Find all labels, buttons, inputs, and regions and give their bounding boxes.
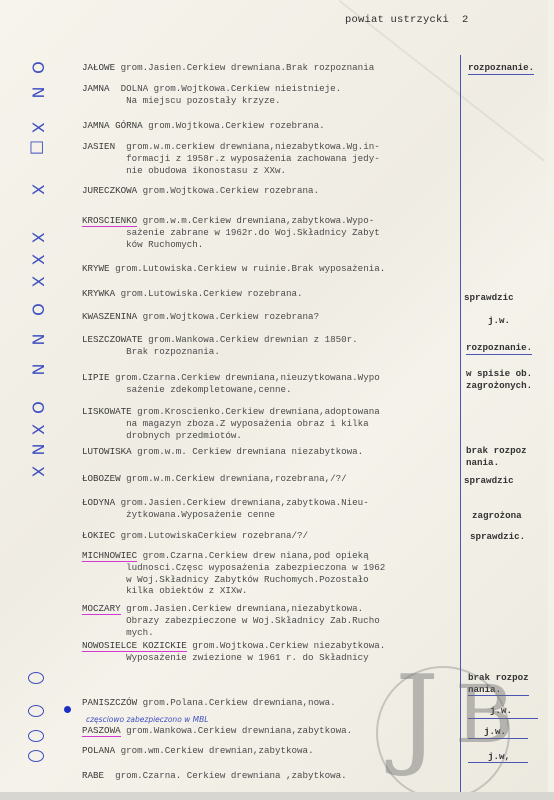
entry-text: grom.Czarna. Cerkiew drewniana ,zabytkow…: [104, 770, 347, 781]
margin-mark: X: [29, 272, 48, 292]
entry-row: MICHNOWIEC grom.Czarna.Cerkiew drew nian…: [82, 550, 385, 597]
margin-mark: N: [29, 330, 48, 350]
entry-row: KWASZENINA grom.Wojtkowa.Cerkiew rozebra…: [82, 311, 319, 323]
entry-row: RABE grom.Czarna. Cerkiew drewniana ,zab…: [82, 770, 347, 782]
village-name: RABE: [82, 770, 104, 781]
entry-text: grom.Lutowiska.Cerkiew rozebrana.: [115, 288, 302, 299]
entry-row: KRYWE grom.Lutowiska.Cerkiew w ruinie.Br…: [82, 263, 385, 275]
margin-mark: X: [29, 228, 48, 248]
entry-row: ŁODYNA grom.Jasien.Cerkiew drewniana,zab…: [82, 497, 369, 521]
village-name: PASZOWA: [82, 725, 121, 737]
entry-row: MOCZARY grom.Jasien.Cerkiew drewniana,ni…: [82, 603, 380, 638]
entry-text: grom.Wojtkowa.Cerkiew rozebrana?: [137, 311, 319, 322]
village-name: NOWOSIELCE KOZICKIE: [82, 640, 187, 652]
entry-row: KROSCIENKO grom.w.m.Cerkiew drewniana,za…: [82, 215, 380, 250]
entry-row: NOWOSIELCE KOZICKIE grom.Wojtkowa.Cerkie…: [82, 640, 385, 664]
margin-circle: [28, 730, 44, 742]
margin-mark: X: [29, 420, 48, 440]
margin-circle: [28, 672, 44, 684]
village-name: ŁOBOZEW: [82, 473, 121, 484]
status-note: w spisie ob. zagrożonych.: [466, 368, 532, 391]
entry-text: grom.Jasien.Cerkiew drewniana,niezabytko…: [82, 603, 380, 638]
status-note: sprawdzic.: [470, 531, 525, 543]
entry-text: grom.w.m.cerkiew drewniana,niezabytkowa.…: [82, 141, 380, 176]
status-note: rozpoznanie.: [468, 62, 534, 75]
entry-text: grom.LutowiskaCerkiew rozebrana/?/: [115, 530, 308, 541]
village-name: LESZCZOWATE: [82, 334, 143, 345]
entry-text: grom.Czarna.Cerkiew drewniana,nieuzytkow…: [82, 372, 380, 395]
village-name: MOCZARY: [82, 603, 121, 615]
stamp-letter-b: B: [455, 675, 514, 755]
status-note: zagrożona: [472, 510, 522, 522]
margin-circle: [28, 705, 44, 717]
entry-row: LIPIE grom.Czarna.Cerkiew drewniana,nieu…: [82, 372, 380, 396]
entry-row: JASIEN grom.w.m.cerkiew drewniana,niezab…: [82, 141, 380, 176]
entry-row: JURECZKOWA grom.Wojtkowa.Cerkiew rozebra…: [82, 185, 319, 197]
margin-mark: □: [29, 138, 48, 158]
entry-text: grom.Wankowa.Cerkiew drewniana,zabytkowa…: [121, 725, 353, 736]
entry-text: grom.w.m. Cerkiew drewniana niezabytkowa…: [132, 446, 364, 457]
entry-row: JAMNA GÓRNA grom.Wojtkowa.Cerkiew rozebr…: [82, 120, 325, 132]
entry-text: grom.wm.Cerkiew drewnian,zabytkowa.: [115, 745, 313, 756]
entry-text: grom.Wojtkowa.Cerkiew rozebrana.: [143, 120, 325, 131]
status-note: sprawdzic: [464, 475, 514, 487]
margin-mark: X: [29, 250, 48, 270]
margin-mark: N: [29, 440, 48, 460]
margin-mark: N: [29, 83, 48, 103]
status-note: j.w.: [488, 315, 510, 327]
status-note: rozpoznanie.: [466, 342, 532, 355]
margin-mark: N: [29, 360, 48, 380]
village-name: ŁOKIEC: [82, 530, 115, 541]
margin-mark: X: [29, 118, 48, 138]
page-number: 2: [462, 14, 469, 26]
entry-row: JAŁOWE grom.Jasien.Cerkiew drewniana.Bra…: [82, 62, 374, 74]
village-name: KRYWKA: [82, 288, 115, 299]
entry-row: ŁOBOZEW grom.w.m.Cerkiew drewniana,rozeb…: [82, 473, 347, 485]
village-name: POLANA: [82, 745, 115, 756]
entry-row: JAMNA DOLNA grom.Wojtkowa.Cerkiew nieist…: [82, 83, 341, 107]
village-name: KROSCIENKO: [82, 215, 137, 227]
entry-text: grom.Polana.Cerkiew drewniana,nowa.: [137, 697, 335, 708]
entry-text: grom.Lutowiska.Cerkiew w ruinie.Brak wyp…: [110, 263, 386, 274]
village-name: JURECZKOWA: [82, 185, 137, 196]
blue-dot-marker: [64, 706, 71, 713]
status-note: sprawdzic: [464, 292, 514, 304]
village-name: JASIEN: [82, 141, 115, 152]
village-name: LISKOWATE: [82, 406, 132, 417]
margin-mark: O: [29, 300, 48, 320]
village-name: JAŁOWE: [82, 62, 115, 73]
margin-mark: X: [29, 462, 48, 482]
village-name: PANISZCZÓW: [82, 697, 137, 708]
stamp-letter-j: J: [395, 660, 439, 770]
entry-row: ŁOKIEC grom.LutowiskaCerkiew rozebrana/?…: [82, 530, 308, 542]
status-note: brak rozpoz nania.: [466, 445, 527, 468]
margin-mark: O: [29, 398, 48, 418]
margin-mark: O: [29, 58, 48, 78]
village-name: JAMNA GÓRNA: [82, 120, 143, 131]
entry-row: PANISZCZÓW grom.Polana.Cerkiew drewniana…: [82, 697, 336, 709]
document-page: powiat ustrzycki 2 JAŁOWE grom.Jasien.Ce…: [0, 0, 548, 792]
village-name: JAMNA: [82, 83, 110, 94]
village-name: LIPIE: [82, 372, 110, 383]
village-name: MICHNOWIEC: [82, 550, 137, 562]
village-name: ŁODYNA: [82, 497, 115, 508]
village-name: KWASZENINA: [82, 311, 137, 322]
entry-text: grom.Wojtkowa.Cerkiew rozebrana.: [137, 185, 319, 196]
margin-circle: [28, 750, 44, 762]
entry-row: LUTOWISKA grom.w.m. Cerkiew drewniana ni…: [82, 446, 363, 458]
entry-text: grom.Jasien.Cerkiew drewniana,zabytkowa.…: [82, 497, 369, 520]
entry-row: LESZCZOWATE grom.Wankowa.Cerkiew drewnia…: [82, 334, 358, 358]
village-name: KRYWE: [82, 263, 110, 274]
entry-row: PASZOWA grom.Wankowa.Cerkiew drewniana,z…: [82, 725, 352, 737]
header-title: powiat ustrzycki: [345, 14, 449, 26]
entry-row: LISKOWATE grom.Kroscienko.Cerkiew drewni…: [82, 406, 380, 441]
entry-text: DOLNA grom.Wojtkowa.Cerkiew nieistnieje.…: [82, 83, 341, 106]
entry-text: grom.Jasien.Cerkiew drewniana.Brak rozpo…: [115, 62, 374, 73]
entry-row: KRYWKA grom.Lutowiska.Cerkiew rozebrana.: [82, 288, 303, 300]
handwritten-note: częsciowo zabezpieczono w MBL: [86, 715, 208, 724]
margin-mark: X: [29, 180, 48, 200]
village-name: LUTOWISKA: [82, 446, 132, 457]
entry-row: POLANA grom.wm.Cerkiew drewnian,zabytkow…: [82, 745, 314, 757]
page-header: powiat ustrzycki 2: [345, 14, 469, 26]
scan-edge: [0, 792, 554, 800]
entry-text: grom.w.m.Cerkiew drewniana,rozebrana,/?/: [121, 473, 347, 484]
